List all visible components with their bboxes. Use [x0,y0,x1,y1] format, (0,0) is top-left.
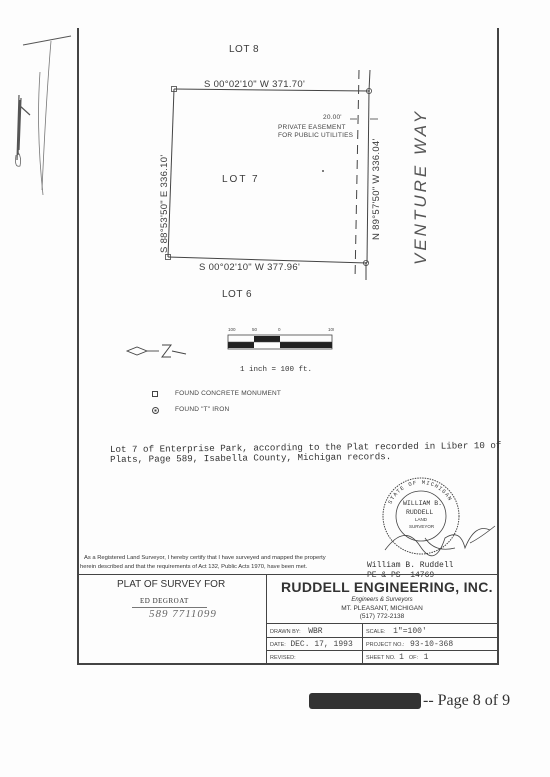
certification-line2: herein described and that the requiremen… [80,563,307,571]
client-name: ED DEGROAT [140,597,189,605]
easement-width: 20.00' [323,114,342,122]
seal-title1: LAND [415,517,428,522]
legend-item: FOUND CONCRETE MONUMENT [152,388,281,400]
firm-name: RUDDELL ENGINEERING, INC. [281,579,493,595]
legal-description: Lot 7 of Enterprise Park, according to t… [110,441,502,465]
scale-tick-100-right: 100 [328,327,334,332]
scale-tick-50: 50 [252,327,258,332]
info-grid: DRAWN BY: WBR SCALE: 1"=100' DATE: DEC. … [267,623,497,664]
scale-bar: 100 50 0 100 [224,326,334,356]
bearing-top: S 00°02'10" W 371.70' [204,79,305,90]
bearing-left: S 88°53'50" E 336.10' [159,155,170,253]
scale-tick-100-left: 100 [228,327,236,332]
seal-surname: RUDDELL [406,509,433,516]
date-field: DATE: DEC. 17, 1993 [270,640,353,649]
page-indicator: -- Page 8 of 9 [423,692,510,710]
project-field: PROJECT NO.: 93-10-368 [366,640,453,649]
legend-item: FOUND "T" IRON [152,404,281,416]
firm-panel: RUDDELL ENGINEERING, INC. Engineers & Su… [267,575,497,664]
signature-name: William B. Ruddell [367,561,453,570]
easement-label-line1: PRIVATE EASEMENT [278,124,346,132]
certification-line1: As a Registered Land Surveyor, I hereby … [84,554,326,562]
firm-subtitle: Engineers & Surveyors [267,597,497,603]
handwritten-note: 589 7711099 [149,608,217,620]
north-arrow-icon [125,340,195,362]
sheet-field: SHEET NO. 1OF: 1 [366,653,428,662]
square-monument-icon [152,391,158,397]
firm-phone: (517) 772-2138 [267,613,497,620]
scale-field: SCALE: 1"=100' [366,627,427,636]
client-panel: PLAT OF SURVEY FOR ED DEGROAT 589 771109… [77,575,267,664]
seal-title2: SURVEYOR [409,524,435,529]
revised-field: REVISED: [270,653,296,662]
redacted-block [309,693,421,709]
plat-for-label: PLAT OF SURVEY FOR [117,579,225,590]
surveyor-seal: WILLIAM B. RUDDELL LAND SURVEYOR STATE O… [365,468,500,568]
seal-name: WILLIAM B. [403,500,442,507]
bearing-right: N 89°57'50" W 336.04' [371,138,382,240]
drawn-by-field: DRAWN BY: WBR [270,627,323,636]
scale-tick-0: 0 [278,327,281,332]
circled-iron-icon [152,407,159,414]
firm-city: MT. PLEASANT, MICHIGAN [267,605,497,612]
title-block: PLAT OF SURVEY FOR ED DEGROAT 589 771109… [77,574,499,665]
legend: FOUND CONCRETE MONUMENT FOUND "T" IRON [152,388,281,416]
road-name: VENTURE WAY [411,109,431,265]
easement-label-line2: FOR PUBLIC UTILITIES [278,132,353,140]
bearing-bottom: S 00°02'10" W 377.96' [199,262,300,273]
scale-caption: 1 inch = 100 ft. [240,366,312,374]
